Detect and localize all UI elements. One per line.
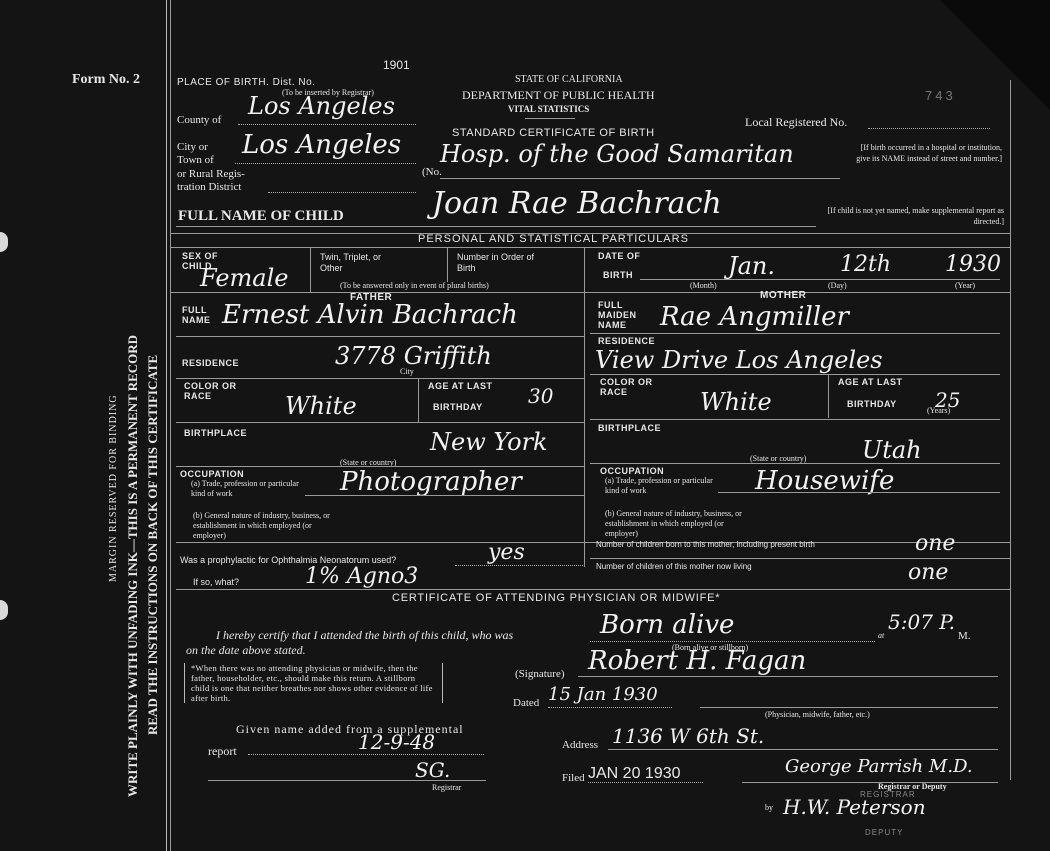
father-name-value: Ernest Alvin Bachrach (222, 300, 518, 330)
filing-registrar-value: George Parrish M.D. (785, 756, 973, 777)
father-occupation-label: OCCUPATION (180, 469, 244, 479)
report-label: report (208, 744, 237, 759)
mother-color-label: COLOR OR RACE (600, 377, 655, 397)
rural-label-2: tration District (177, 181, 241, 193)
year-caption: (Year) (955, 281, 975, 290)
filed-label: Filed (562, 772, 585, 784)
signature-value: Robert H. Fagan (588, 646, 806, 676)
county-line (238, 124, 416, 125)
father-age-label-1: AGE AT LAST (428, 381, 493, 391)
divider (590, 419, 1000, 420)
hospital-no-label: (No. (422, 166, 442, 178)
full-name-line (176, 226, 816, 227)
signature-line (578, 676, 998, 677)
prophylactic-answer: yes (488, 540, 525, 565)
child-name-value: Joan Rae Bachrach (432, 186, 722, 221)
divider (305, 495, 584, 496)
department-name: DEPARTMENT OF PUBLIC HEALTH (462, 88, 655, 103)
mother-state-caption: (State or country) (750, 454, 806, 463)
dated-line (548, 707, 672, 708)
certify-text: I hereby certify that I attended the bir… (216, 628, 513, 643)
state-name: STATE OF CALIFORNIA (515, 74, 623, 85)
father-age-label-2: BIRTHDAY (433, 402, 483, 412)
rural-line (268, 192, 416, 193)
father-residence-label: RESIDENCE (182, 358, 239, 368)
report-line (248, 754, 484, 755)
rural-label-1: or Rural Regis- (177, 168, 245, 180)
mother-residence-label: RESIDENCE (598, 336, 655, 346)
division-name: VITAL STATISTICS (508, 104, 589, 114)
month-caption: (Month) (690, 281, 717, 290)
mother-occ-a-label: (a) Trade, profession or particular kind… (605, 476, 725, 496)
born-line (590, 641, 875, 642)
dated-value: 15 Jan 1930 (548, 684, 658, 705)
divider (590, 374, 1000, 375)
certify-text-2: on the date above stated. (186, 643, 306, 658)
deputy-caption: DEPUTY (865, 828, 903, 837)
father-color-value: White (285, 392, 357, 420)
prophylactic-line (455, 565, 583, 566)
county-label: County of (177, 114, 221, 126)
registrar-signature-line (742, 782, 998, 783)
form-number: Form No. 2 (72, 72, 140, 88)
divider (828, 374, 829, 418)
mother-name-value: Rae Angmiller (660, 302, 849, 332)
mother-color-value: White (700, 388, 772, 416)
binder-ring (0, 232, 8, 252)
hospital-line (440, 178, 840, 179)
local-registered-label: Local Registered No. (745, 115, 847, 130)
form-border-right (1010, 80, 1011, 780)
divider (418, 378, 419, 422)
filed-line (588, 782, 703, 783)
birth-day-value: 12th (840, 252, 891, 277)
hospital-note: [If birth occurred in a hospital or inst… (847, 142, 1002, 164)
report-value: 12-9-48 (358, 730, 435, 754)
dated-label: Dated (513, 697, 539, 709)
local-registered-line (868, 128, 990, 129)
divider (170, 247, 1010, 248)
divider (525, 118, 575, 119)
mother-age-label-2: BIRTHDAY (847, 399, 897, 409)
father-birthplace-label: BIRTHPLACE (184, 428, 247, 438)
order-label: Number in Order of Birth (457, 252, 552, 274)
birth-year-value: 1930 (945, 252, 1001, 277)
form-border (170, 0, 171, 851)
father-occ-b-label: (b) General nature of industry, business… (193, 511, 343, 541)
children-born-value: one (915, 531, 955, 556)
filed-value: JAN 20 1930 (588, 765, 681, 783)
mother-heading: MOTHER (760, 290, 806, 301)
county-value: Los Angeles (248, 92, 395, 120)
divider (310, 247, 311, 292)
sex-value: Female (200, 264, 289, 292)
city-label-2: Town of (177, 154, 214, 166)
signature-label: (Signature) (515, 668, 564, 680)
divider (176, 542, 1010, 543)
particulars-title: PERSONAL AND STATISTICAL PARTICULARS (418, 233, 689, 245)
children-living-label: Number of children of this mother now li… (596, 562, 752, 571)
children-born-label: Number of children born to this mother, … (596, 540, 815, 549)
registrar-initials: SG. (415, 758, 450, 782)
certificate-title: STANDARD CERTIFICATE OF BIRTH (452, 127, 655, 139)
divider (590, 558, 1010, 559)
birth-time-value: 5:07 P. (888, 610, 955, 634)
divider (176, 378, 584, 379)
prophylactic-what-label: If so, what? (193, 577, 239, 587)
address-value: 1136 W 6th St. (612, 724, 764, 748)
by-label: by (765, 803, 773, 812)
deputy-value: H.W. Peterson (783, 795, 926, 819)
mother-residence-value: View Drive Los Angeles (595, 346, 883, 374)
role-line (700, 707, 998, 708)
registrar-caption: Registrar (432, 783, 461, 792)
divider (176, 336, 584, 337)
local-registered-number: 743 (925, 88, 956, 103)
hospital-value: Hosp. of the Good Samaritan (440, 140, 794, 168)
address-line (608, 749, 998, 750)
mother-birthplace-label: BIRTHPLACE (598, 423, 661, 433)
birth-certificate: Form No. 2 MARGIN RESERVED FOR BINDING W… (0, 0, 1050, 851)
father-color-label: COLOR OR RACE (184, 381, 239, 401)
address-label: Address (562, 739, 598, 751)
divider (176, 422, 584, 423)
mother-name-label: FULL MAIDEN NAME (598, 300, 638, 330)
born-value: Born alive (600, 610, 734, 640)
child-name-note: [If child is not yet named, make supplem… (822, 205, 1004, 227)
prophylactic-what-value: 1% Agno3 (305, 564, 418, 589)
divider (718, 492, 1000, 493)
divider (170, 292, 1010, 293)
father-name-label: FULL NAME (182, 305, 217, 325)
date-label-1: DATE OF (598, 251, 640, 261)
year-stamp: 1901 (383, 58, 410, 72)
margin-reserved-note: MARGIN RESERVED FOR BINDING (108, 394, 119, 582)
father-occ-a-value: Photographer (340, 467, 522, 497)
city-label-1: City or (177, 141, 208, 153)
date-label-2: BIRTH (603, 270, 633, 280)
twin-label: Twin, Triplet, or Other (320, 252, 390, 274)
at-label: at (878, 631, 884, 640)
father-age-value: 30 (528, 384, 553, 408)
day-caption: (Day) (828, 281, 847, 290)
page-corner (940, 0, 1050, 110)
binder-ring (0, 600, 8, 620)
read-instructions-note: READ THE INSTRUCTIONS ON BACK OF THIS CE… (145, 355, 161, 735)
mother-age-label-1: AGE AT LAST (838, 377, 903, 387)
father-residence-value: 3778 Griffith (335, 342, 492, 370)
city-line (235, 163, 416, 164)
city-value: Los Angeles (242, 130, 401, 160)
father-occ-a-label: (a) Trade, profession or particular kind… (191, 479, 311, 499)
father-birthplace-value: New York (430, 428, 548, 456)
plural-note: (To be answered only in event of plural … (340, 281, 489, 290)
column-divider (584, 247, 585, 567)
mother-occupation-label: OCCUPATION (600, 466, 664, 476)
divider (447, 247, 448, 282)
place-of-birth-label: PLACE OF BIRTH. Dist. No. (177, 77, 315, 88)
m-label: M. (958, 630, 971, 642)
mother-birthplace-value: Utah (862, 436, 922, 464)
divider (590, 333, 1000, 334)
mother-years-caption: (Years) (927, 406, 950, 415)
write-plainly-note: WRITE PLAINLY WITH UNFADING INK—THIS IS … (125, 335, 141, 797)
divider (590, 463, 1000, 464)
form-border (166, 0, 167, 851)
date-line (640, 279, 1000, 280)
divider (176, 589, 1010, 590)
role-caption: (Physician, midwife, father, etc.) (765, 710, 870, 719)
physician-note: *When there was no attending physician o… (184, 663, 443, 703)
physician-section-title: CERTIFICATE OF ATTENDING PHYSICIAN OR MI… (392, 592, 720, 604)
mother-occ-b-label: (b) General nature of industry, business… (605, 509, 755, 539)
full-name-label: FULL NAME OF CHILD (178, 208, 344, 225)
children-living-value: one (908, 560, 948, 585)
city-caption: City (400, 367, 414, 376)
birth-month-value: Jan. (728, 252, 775, 280)
